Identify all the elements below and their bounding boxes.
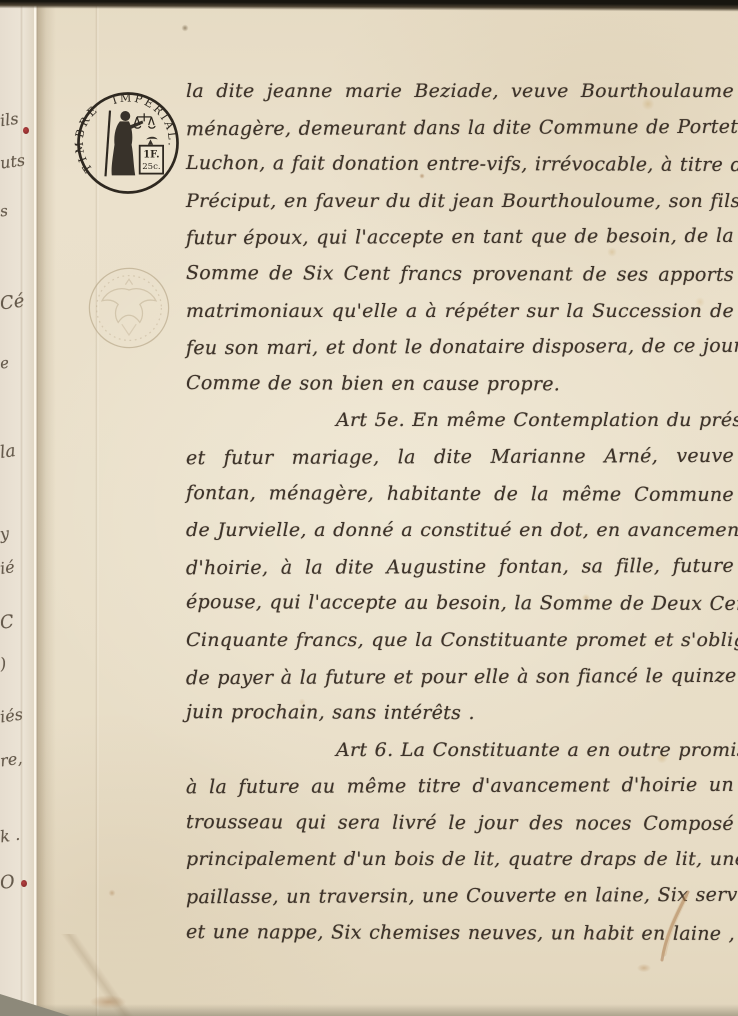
manuscript-line: Préciput, en faveur du dit jean Bourthou… xyxy=(186,184,734,221)
illegible-margin-fragment: k . xyxy=(0,825,21,847)
manuscript-line: épouse, qui l'accepte au besoin, la Somm… xyxy=(186,585,734,624)
illegible-margin-fragment: e xyxy=(0,353,10,372)
manuscript-line: Luchon, a fait donation entre-vifs, irré… xyxy=(186,146,734,185)
manuscript-line: Art 5e. En même Contemplation du présent xyxy=(186,403,734,440)
page-fold-edge xyxy=(34,0,56,1016)
manuscript-line: de Jurvielle, a donné a constitué en dot… xyxy=(186,513,734,550)
red-wax-mark xyxy=(21,880,27,887)
manuscript-line: Art 6. La Constituante a en outre promis xyxy=(186,733,734,770)
manuscript-line: futur époux, qui l'accepte en tant que d… xyxy=(186,219,734,258)
manuscript-line: Comme de son bien en cause propre. xyxy=(186,366,734,405)
illegible-margin-fragment: y xyxy=(0,523,10,543)
justice-staff xyxy=(106,111,111,177)
manuscript-line: trousseau qui sera livré le jour des noc… xyxy=(186,805,734,844)
scan-bottom-shade xyxy=(0,1004,738,1016)
manuscript-line: Somme de Six Cent francs provenant de se… xyxy=(186,256,734,295)
red-wax-mark xyxy=(23,127,29,134)
document-scan: ils uts s Cé e la y ié C ) iés re, xyxy=(0,0,738,1016)
illegible-margin-fragment: O xyxy=(0,871,16,894)
manuscript-line: principalement d'un bois de lit, quatre … xyxy=(186,842,734,879)
manuscript-line: fontan, ménagère, habitante de la même C… xyxy=(186,476,734,515)
illegible-margin-fragment: s xyxy=(0,202,9,221)
manuscript-line: juin prochain, sans intérêts . xyxy=(186,695,734,734)
eagle-icon xyxy=(146,137,158,145)
illegible-margin-fragment: ) xyxy=(0,654,8,674)
stamp-denomination-25c: 25c. xyxy=(142,162,160,172)
manuscript-line: la dite jeanne marie Beziade, veuve Bour… xyxy=(186,74,734,111)
embossed-eagle-seal xyxy=(84,262,174,354)
manuscript-line: d'hoirie, à la dite Augustine fontan, sa… xyxy=(186,549,734,588)
edge-crease xyxy=(20,0,23,1016)
manuscript-line: à la future au même titre d'avancement d… xyxy=(186,768,734,807)
timbre-imperial-stamp: TIMBRE IMPERIAL. 1F. 25c. xyxy=(74,88,182,198)
manuscript-line: feu son mari, et dont le donataire dispo… xyxy=(186,329,734,368)
scratch-stain xyxy=(600,880,730,980)
illegible-margin-fragment: C xyxy=(0,611,15,634)
manuscript-line: matrimoniaux qu'elle a à répéter sur la … xyxy=(186,294,734,331)
illegible-margin-fragment: ié xyxy=(0,557,16,578)
manuscript-line: de payer à la future et pour elle à son … xyxy=(186,658,734,697)
manuscript-line: Cinquante francs, que la Constituante pr… xyxy=(186,623,734,660)
manuscript-line: et futur mariage, la dite Marianne Arné,… xyxy=(186,439,734,478)
handwritten-text-block: la dite jeanne marie Beziade, veuve Bour… xyxy=(186,74,734,952)
manuscript-line: ménagère, demeurant dans la dite Commune… xyxy=(186,109,734,148)
illegible-margin-fragment: ils xyxy=(0,109,20,130)
stamp-denomination-1f: 1F. xyxy=(143,149,159,160)
illegible-margin-fragment: la xyxy=(0,441,17,463)
